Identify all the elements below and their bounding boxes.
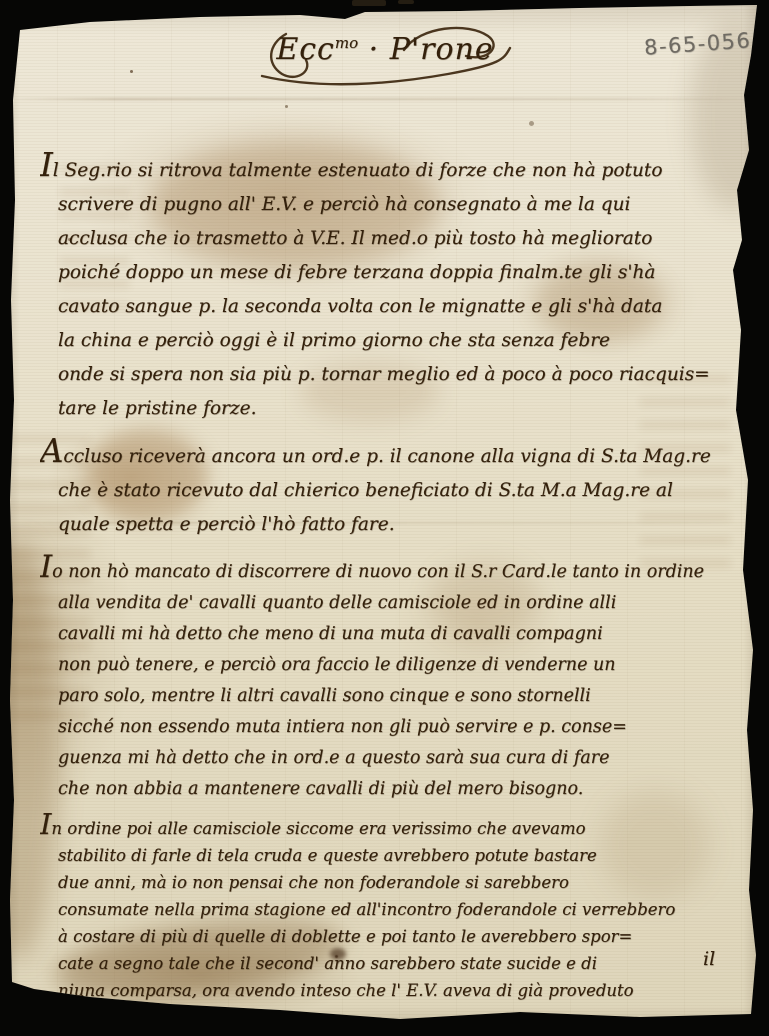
manuscript-line: tare le pristine forze. <box>40 392 746 426</box>
catchword: il <box>703 948 715 970</box>
manuscript-line: che è stato ricevuto dal chierico benefi… <box>40 474 746 508</box>
paragraph: Il Seg.rio si ritrova talmente estenuato… <box>40 148 746 426</box>
manuscript-line: cate a segno tale che il second' anno sa… <box>40 950 746 977</box>
manuscript-line: sicché non essendo muta intiera non gli … <box>40 712 746 743</box>
manuscript-line: cavato sangue p. la seconda volta con le… <box>40 290 746 324</box>
manuscript-line: poiché doppo un mese di febre terzana do… <box>40 256 746 290</box>
salutation-superscript: mo <box>335 34 358 52</box>
letter-body: Il Seg.rio si ritrova talmente estenuato… <box>40 148 746 1004</box>
torn-page-fragment <box>398 0 414 4</box>
manuscript-line: quale spetta e perciò l'hò fatto fare. <box>40 508 746 542</box>
manuscript-line: non può tenere, e perciò ora faccio le d… <box>40 650 746 681</box>
crease <box>0 98 769 100</box>
paragraph: Accluso riceverà ancora un ord.e p. il c… <box>40 434 746 542</box>
manuscript-line: la china e perciò oggi è il primo giorno… <box>40 324 746 358</box>
manuscript-line: onde si spera non sia più p. tornar megl… <box>40 358 746 392</box>
manuscript-line: alla vendita de' cavalli quanto delle ca… <box>40 588 746 619</box>
manuscript-line: niuna comparsa, ora avendo inteso che l'… <box>40 977 746 1004</box>
salutation-separator: · <box>369 32 380 67</box>
manuscript-line: che non abbia a mantenere cavalli di più… <box>40 774 746 805</box>
ink-specks <box>130 70 133 73</box>
torn-page-fragment <box>352 0 386 6</box>
manuscript-page: Eccmo · P'rone 8-65-056 Il Seg.rio si ri… <box>0 0 769 1036</box>
manuscript-line: acclusa che io trasmetto à V.E. Il med.o… <box>40 222 746 256</box>
manuscript-line: In ordine poi alle camisciole siccome er… <box>40 811 746 842</box>
paragraph: In ordine poi alle camisciole siccome er… <box>40 811 746 1004</box>
salutation-word: P'rone <box>390 32 494 67</box>
manuscript-line: scrivere di pugno all' E.V. e perciò hà … <box>40 188 746 222</box>
manuscript-line: consumate nella prima stagione ed all'in… <box>40 896 746 923</box>
manuscript-line: Il Seg.rio si ritrova talmente estenuato… <box>40 148 746 188</box>
salutation-abbrev: Ecc <box>276 32 335 67</box>
catalog-number: 8-65-056 <box>643 28 752 59</box>
salutation: Eccmo · P'rone <box>252 20 518 94</box>
manuscript-line: Accluso riceverà ancora un ord.e p. il c… <box>40 434 746 474</box>
paragraph: Io non hò mancato di discorrere di nuovo… <box>40 552 746 805</box>
manuscript-line: cavalli mi hà detto che meno di una muta… <box>40 619 746 650</box>
manuscript-line: paro solo, mentre li altri cavalli sono … <box>40 681 746 712</box>
manuscript-line: due anni, mà io non pensai che non foder… <box>40 869 746 896</box>
manuscript-line: guenza mi hà detto che in ord.e a questo… <box>40 743 746 774</box>
manuscript-line: Io non hò mancato di discorrere di nuovo… <box>40 552 746 588</box>
photo-background: Eccmo · P'rone 8-65-056 Il Seg.rio si ri… <box>0 0 769 1036</box>
manuscript-line: à costare di più di quelle di doblette e… <box>40 923 746 950</box>
manuscript-line: stabilito di farle di tela cruda e quest… <box>40 842 746 869</box>
